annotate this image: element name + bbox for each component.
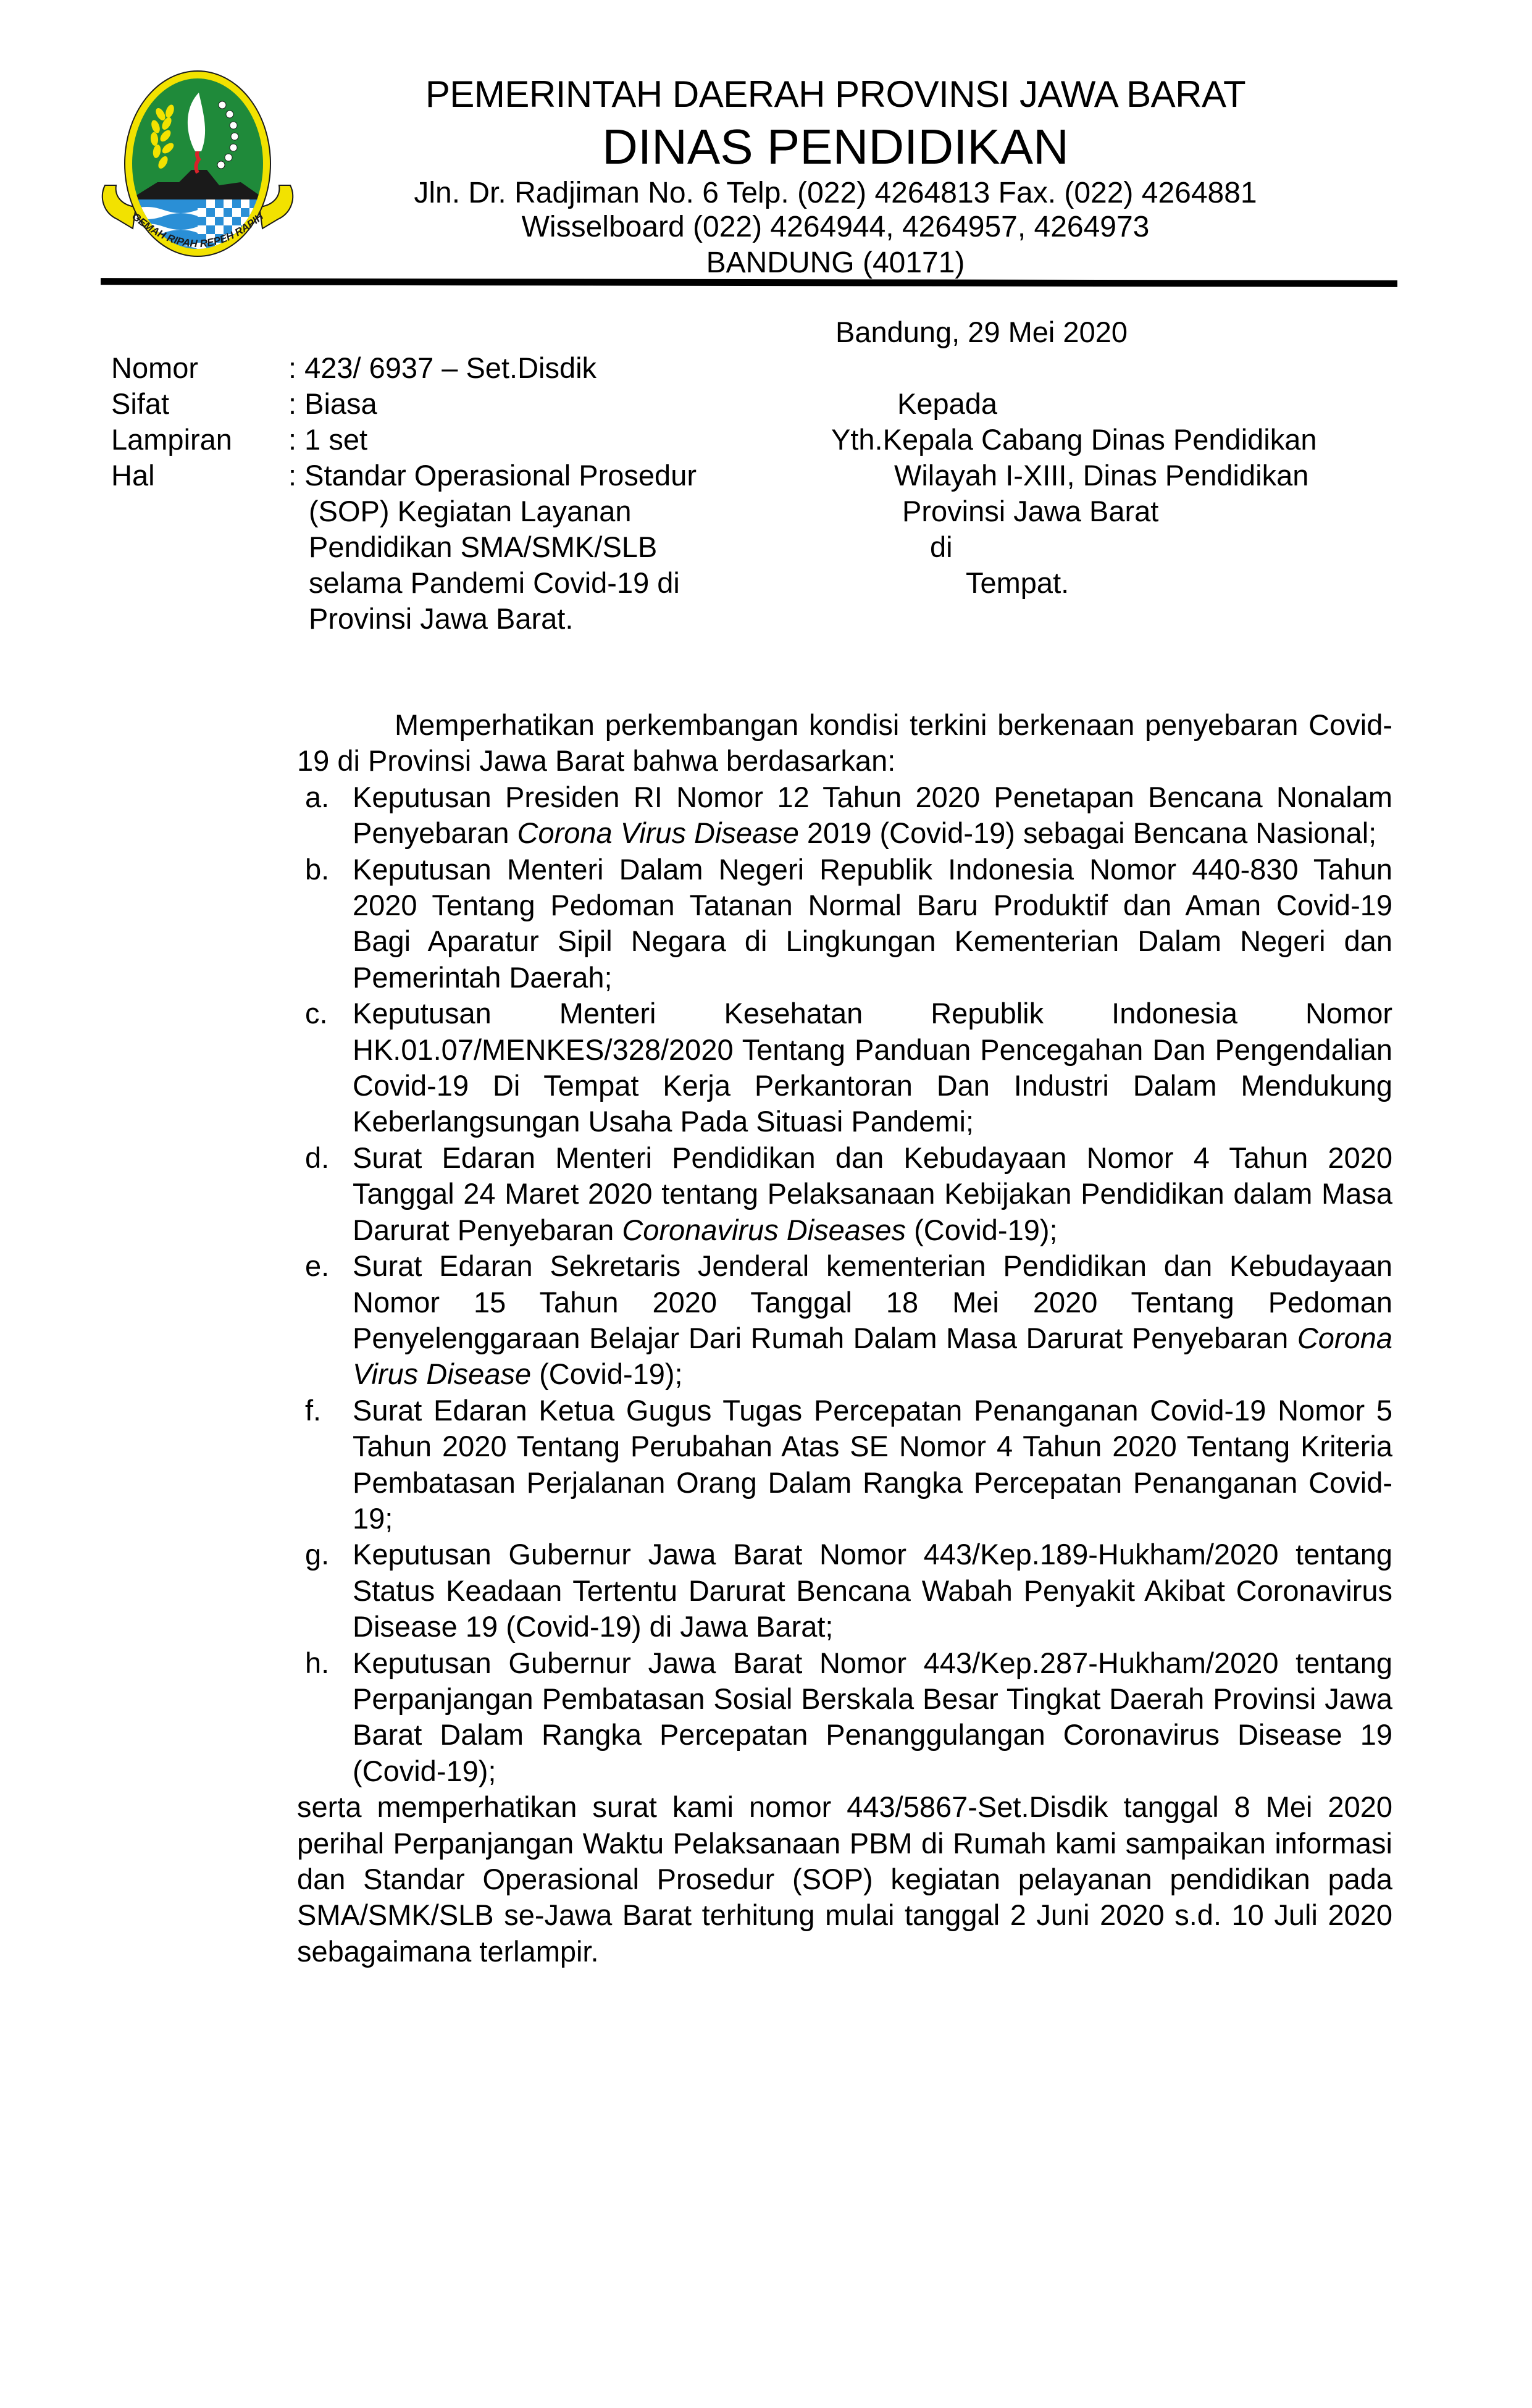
item-text: (Covid-19); — [531, 1357, 683, 1390]
body-closing: serta memperhatikan surat kami nomor 443… — [297, 1789, 1392, 1970]
item-letter: g. — [305, 1537, 329, 1572]
meta-label-hal: Hal — [111, 458, 155, 494]
item-letter: h. — [305, 1645, 329, 1681]
legal-basis-item: d.Surat Edaran Menteri Pendidikan dan Ke… — [297, 1140, 1392, 1248]
legal-basis-list: a.Keputusan Presiden RI Nomor 12 Tahun 2… — [297, 779, 1392, 1789]
legal-basis-item: f.Surat Edaran Ketua Gugus Tugas Percepa… — [297, 1393, 1392, 1537]
item-text: Keputusan Menteri Kesehatan Republik Ind… — [353, 997, 1392, 1138]
meta-label-lampiran: Lampiran — [111, 422, 232, 458]
item-text: (Covid-19); — [906, 1214, 1058, 1246]
item-letter: e. — [305, 1248, 329, 1284]
recipient-line: Tempat. — [966, 565, 1069, 602]
item-letter: f. — [305, 1393, 321, 1428]
meta-value-hal: : Standar Operasional Prosedur — [288, 458, 697, 494]
item-text: Keputusan Gubernur Jawa Barat Nomor 443/… — [353, 1647, 1392, 1787]
meta-value-nomor: : 423/ 6937 – Set.Disdik — [288, 350, 596, 387]
subject-line: Provinsi Jawa Barat. — [309, 601, 573, 637]
recipient-line: Wilayah I-XIII, Dinas Pendidikan — [894, 458, 1308, 494]
legal-basis-item: e.Surat Edaran Sekretaris Jenderal kemen… — [297, 1248, 1392, 1393]
item-text: Surat Edaran Ketua Gugus Tugas Percepata… — [353, 1394, 1392, 1535]
subject-line: selama Pandemi Covid-19 di — [309, 565, 680, 602]
legal-basis-item: g.Keputusan Gubernur Jawa Barat Nomor 44… — [297, 1537, 1392, 1645]
letterhead-divider — [101, 278, 1397, 287]
item-text: 2019 (Covid-19) sebagai Bencana Nasional… — [799, 816, 1376, 849]
item-letter: d. — [305, 1140, 329, 1176]
subject-line: Pendidikan SMA/SMK/SLB — [309, 529, 657, 566]
legal-basis-item: a.Keputusan Presiden RI Nomor 12 Tahun 2… — [297, 779, 1392, 852]
meta-value-lampiran: : 1 set — [288, 422, 367, 458]
item-letter: b. — [305, 852, 329, 887]
letterhead-agency: DINAS PENDIDIKAN — [0, 119, 1532, 175]
recipient-line: di — [930, 529, 953, 566]
recipient-kepada: Kepada — [897, 386, 997, 422]
meta-label-nomor: Nomor — [111, 350, 198, 387]
item-letter: c. — [305, 996, 328, 1031]
meta-label-sifat: Sifat — [111, 386, 169, 422]
item-text: Surat Edaran Sekretaris Jenderal kemente… — [353, 1249, 1392, 1354]
item-text-italic: Coronavirus Diseases — [622, 1214, 906, 1246]
meta-value-sifat: : Biasa — [288, 386, 377, 422]
legal-basis-item: b.Keputusan Menteri Dalam Negeri Republi… — [297, 852, 1392, 996]
letterhead-city: BANDUNG (40171) — [0, 246, 1532, 280]
letter-date: Bandung, 29 Mei 2020 — [835, 314, 1128, 351]
subject-line: (SOP) Kegiatan Layanan — [309, 493, 632, 530]
item-text: Keputusan Menteri Dalam Negeri Republik … — [353, 853, 1392, 994]
letterhead-address: Jln. Dr. Radjiman No. 6 Telp. (022) 4264… — [0, 176, 1532, 210]
letter-body: Memperhatikan perkembangan kondisi terki… — [297, 707, 1392, 1970]
letterhead-government: PEMERINTAH DAERAH PROVINSI JAWA BARAT — [0, 73, 1532, 115]
item-text-italic: Corona Virus Disease — [517, 816, 799, 849]
recipient-line: Yth.Kepala Cabang Dinas Pendidikan — [831, 422, 1317, 458]
recipient-line: Provinsi Jawa Barat — [902, 493, 1158, 530]
legal-basis-item: h.Keputusan Gubernur Jawa Barat Nomor 44… — [297, 1645, 1392, 1790]
item-letter: a. — [305, 779, 329, 815]
body-intro: Memperhatikan perkembangan kondisi terki… — [297, 707, 1392, 779]
legal-basis-item: c.Keputusan Menteri Kesehatan Republik I… — [297, 996, 1392, 1140]
letterhead-switchboard: Wisselboard (022) 4264944, 4264957, 4264… — [0, 210, 1532, 244]
item-text: Keputusan Gubernur Jawa Barat Nomor 443/… — [353, 1538, 1392, 1643]
